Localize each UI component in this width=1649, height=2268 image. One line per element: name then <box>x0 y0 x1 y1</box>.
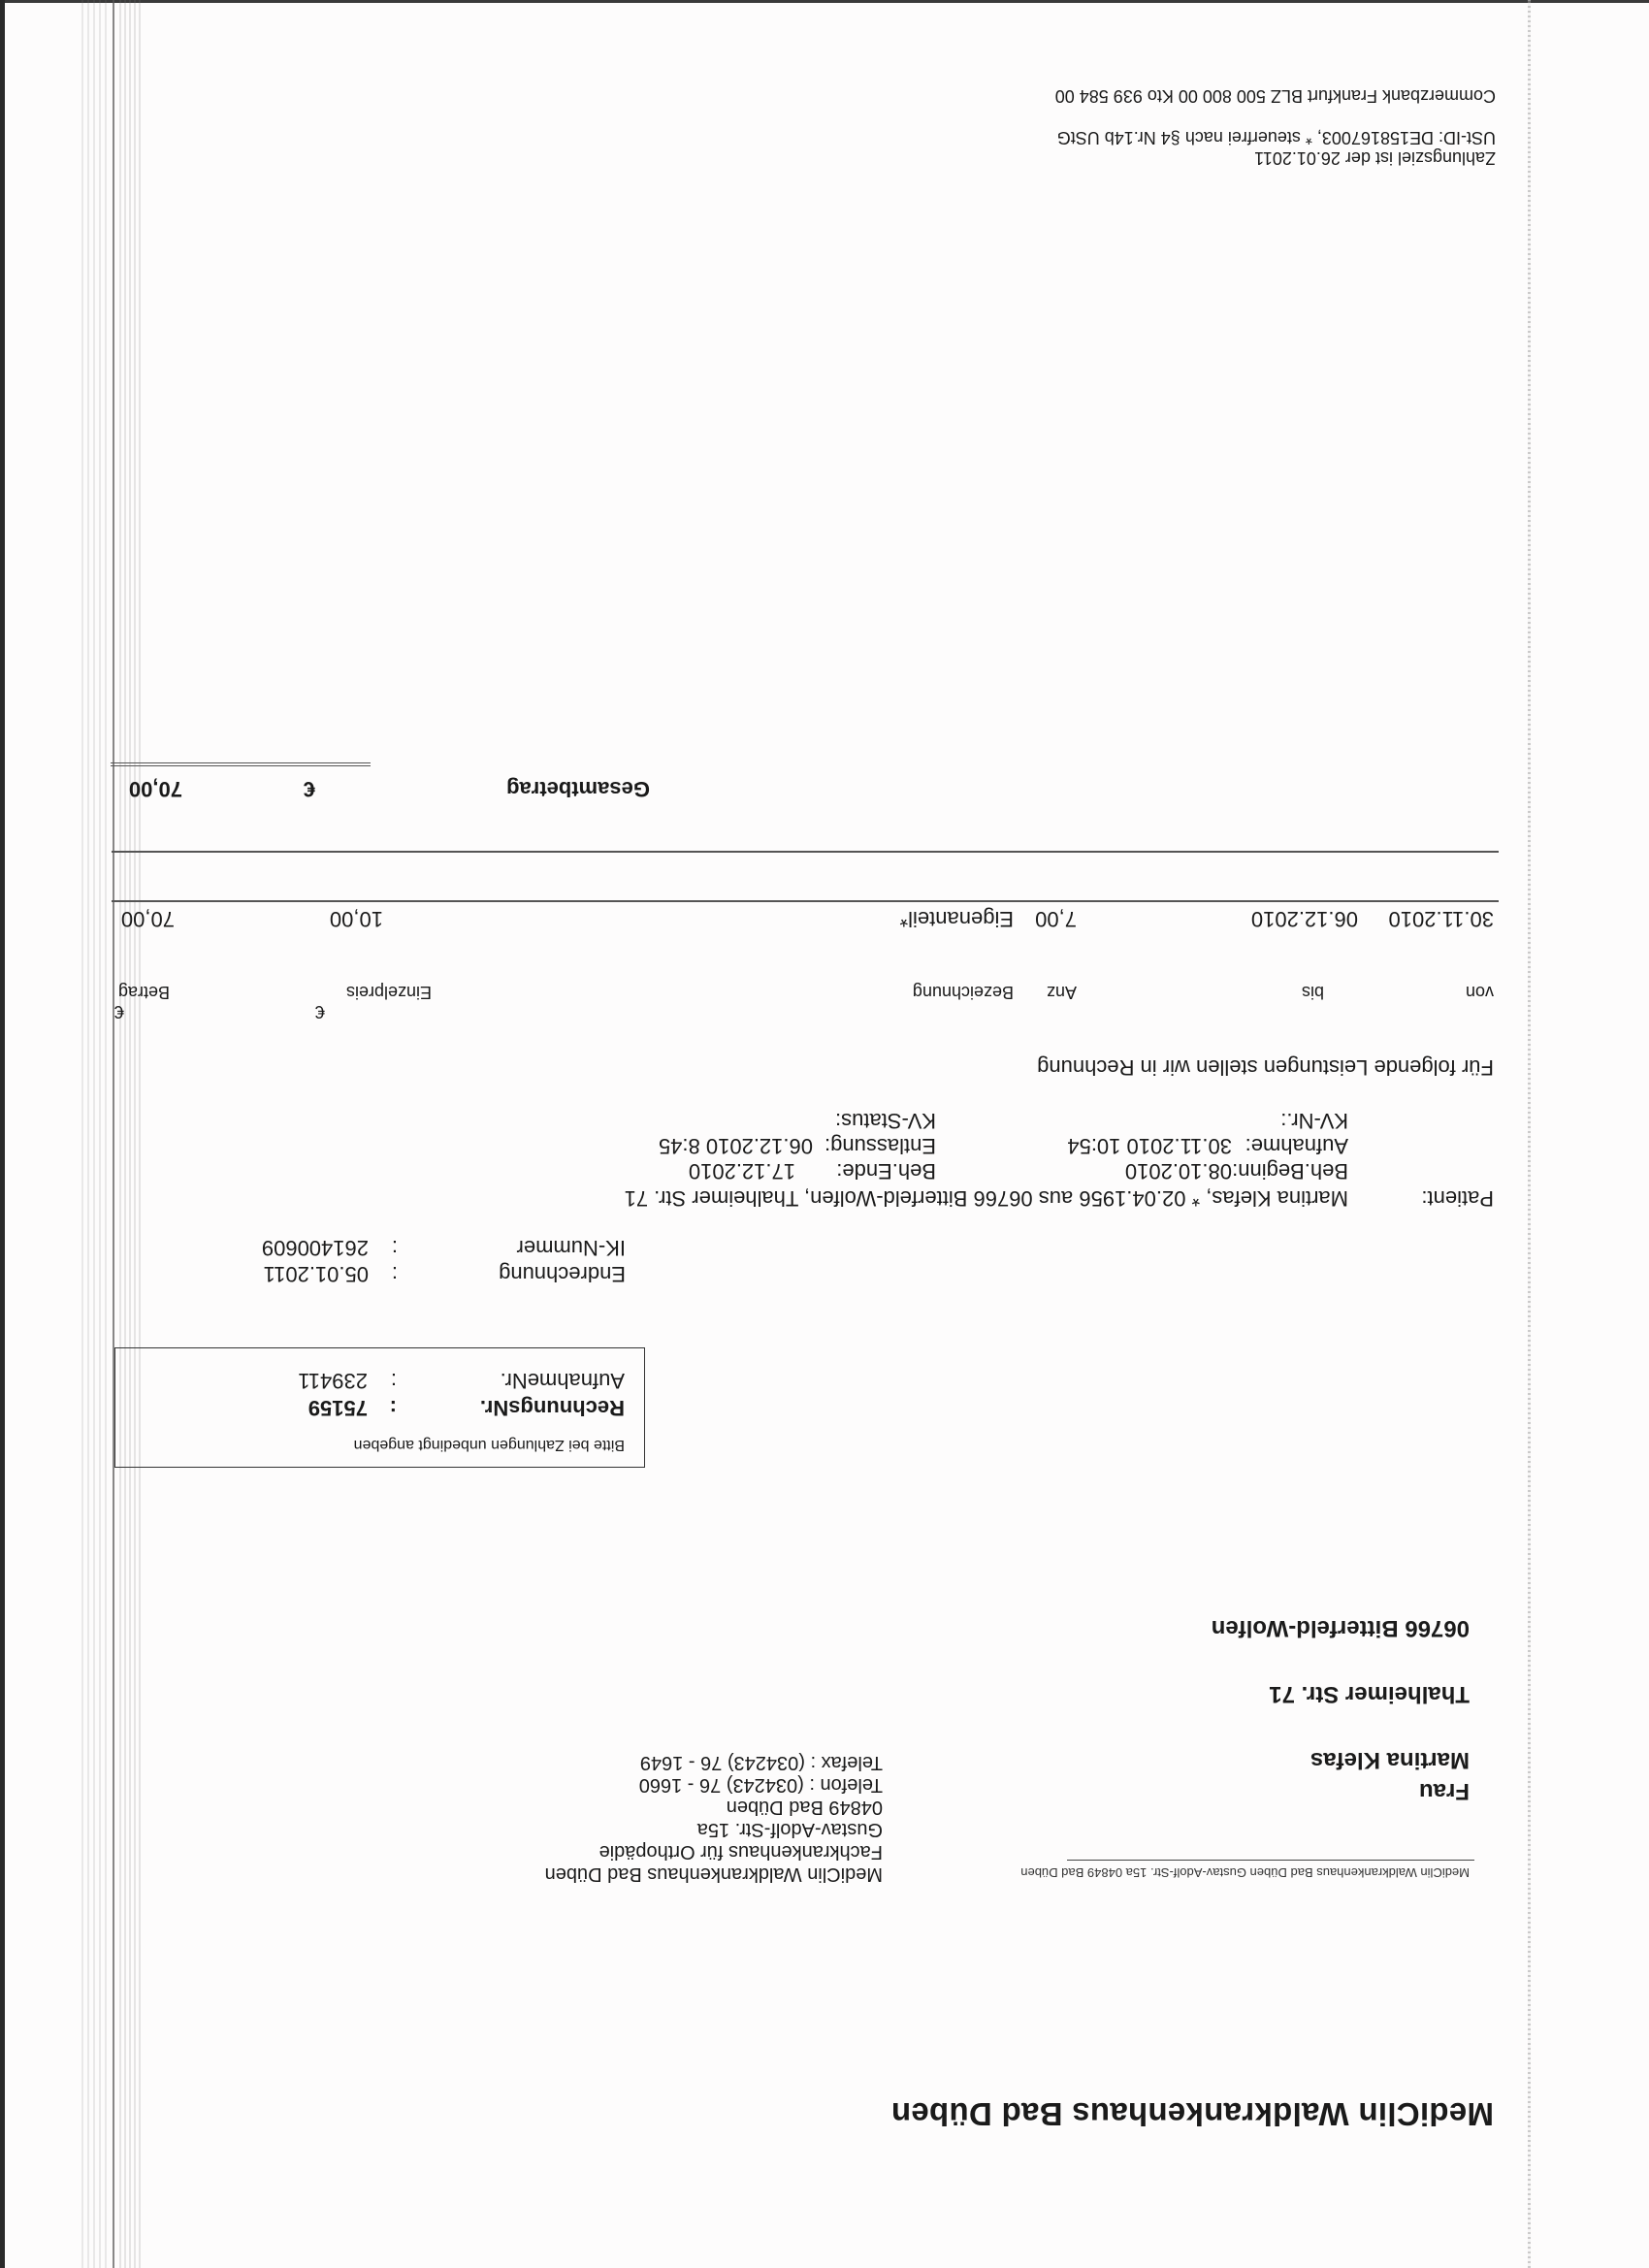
clinic-street: Gustav-Adolf-Str. 15a <box>545 1818 883 1840</box>
column-header-unit-price: Einzelpreis <box>346 982 432 1002</box>
sender-rule <box>1067 1860 1474 1861</box>
row-qty: 7,00 <box>1035 906 1077 931</box>
total-currency: € <box>304 776 315 801</box>
clinic-department: Fachkrankenhaus für Orthopädie <box>545 1840 883 1863</box>
scan-streak <box>119 0 141 2268</box>
recipient-name: Martina Klefas <box>1212 1738 1470 1781</box>
treatment-start-label: Beh.Beginn: <box>1232 1158 1348 1183</box>
total-label: Gesamtbetrag <box>506 776 650 801</box>
clinic-address: MediClin Waldkrankenhaus Bad Düben Fachk… <box>545 1751 883 1885</box>
clinic-phone: Telefon : (034243) 76 - 1660 <box>545 1773 883 1796</box>
scan-streak <box>1528 0 1531 2268</box>
row-from: 30.11.2010 <box>1389 906 1494 931</box>
payment-reference-box: Bitte bei Zahlungen unbedingt angeben Re… <box>114 1347 645 1468</box>
column-header-qty: Anz <box>1047 982 1077 1002</box>
recipient-street: Thalheimer Str. 71 <box>1212 1672 1470 1715</box>
admission-number-label: AufnahmeNr. <box>501 1366 625 1395</box>
discharge-value: 06.12.2010 8:45 <box>659 1133 813 1158</box>
final-invoice-separator: : <box>392 1259 398 1288</box>
treatment-end-value: 17.12.2010 <box>689 1158 795 1183</box>
scan-streak <box>78 0 107 2268</box>
recipient-city: 06766 Bitterfeld-Wolfen <box>1212 1606 1470 1649</box>
total-rule-1 <box>111 765 371 766</box>
bank-details: Commerzbank Frankfurt BLZ 500 800 00 Kto… <box>1055 85 1496 106</box>
tax-note: USt-ID: DE158167003, * steuerfrei nach §… <box>1055 127 1496 147</box>
scan-edge-right <box>0 0 5 2268</box>
ik-number-value: 261400609 <box>262 1233 369 1262</box>
patient-details: Martina Klefas, * 02.04.1956 aus 06766 B… <box>625 1185 1348 1211</box>
scan-streak <box>113 0 114 2268</box>
payment-due-date: Zahlungsziel ist der 26.01.2011 <box>1055 147 1496 168</box>
column-header-amount-currency: € <box>114 1001 124 1021</box>
payment-notice-caption: Bitte bei Zahlungen unbedingt angeben <box>354 1436 625 1453</box>
treatment-start-value: 08.10.2010 <box>1125 1158 1232 1183</box>
recipient-address: Frau Martina Klefas Thalheimer Str. 71 0… <box>1212 1606 1470 1812</box>
clinic-name: MediClin Waldkrankenhaus Bad Düben <box>545 1863 883 1885</box>
admission-value: 30.11.2010 10:54 <box>1067 1133 1232 1158</box>
row-unit-price: 10,00 <box>330 906 383 931</box>
letterhead-title: MediClin Waldkrankenhaus Bad Düben <box>891 2095 1494 2132</box>
column-header-amount: Betrag <box>118 982 170 1002</box>
clinic-city: 04849 Bad Düben <box>545 1796 883 1818</box>
row-to: 06.12.2010 <box>1251 906 1358 931</box>
ik-number-separator: : <box>392 1233 398 1262</box>
column-header-description: Bezeichnung <box>913 982 1014 1002</box>
admission-label: Aufnahme: <box>1245 1133 1348 1158</box>
admission-number-value: 239411 <box>298 1366 368 1395</box>
invoice-number-label: RechnungsNr. <box>480 1396 625 1420</box>
footer-block: Zahlungsziel ist der 26.01.2011 USt-ID: … <box>1055 85 1496 168</box>
patient-label: Patient: <box>1421 1185 1494 1211</box>
kv-number-label: KV-Nr.: <box>1280 1108 1348 1133</box>
invoice-number-row: RechnungsNr. <box>480 1393 625 1422</box>
invoice-page: MediClin Waldkrankenhaus Bad Düben MediC… <box>0 0 1649 2268</box>
kv-status-label: KV-Status: <box>835 1108 936 1133</box>
column-header-from: von <box>1466 982 1494 1002</box>
clinic-fax: Telefax : (034243) 76 - 1649 <box>545 1751 883 1773</box>
discharge-label: Entlassung: <box>824 1133 936 1158</box>
services-intro: Für folgende Leistungen stellen wir in R… <box>1037 1054 1494 1080</box>
final-invoice-label: Endrechnung <box>499 1259 626 1288</box>
column-header-to: bis <box>1302 982 1324 1002</box>
ik-number-label: IK-Nummer <box>517 1233 626 1262</box>
invoice-number-value: 75159 <box>308 1396 368 1420</box>
table-rule-bottom <box>112 852 1499 854</box>
sender-return-line: MediClin Waldkrankenhaus Bad Düben Gusta… <box>1020 1865 1470 1880</box>
final-invoice-date: 05.01.2011 <box>264 1259 369 1288</box>
total-amount: 70,00 <box>129 776 182 801</box>
table-rule-top <box>112 901 1499 903</box>
row-amount: 70,00 <box>121 906 175 931</box>
treatment-end-label: Beh.Ende: <box>836 1158 936 1183</box>
total-rule-2 <box>111 762 371 763</box>
admission-number-separator: : <box>391 1366 397 1395</box>
row-description: Eigenanteil* <box>900 906 1014 931</box>
column-header-unit-price-currency: € <box>315 1001 325 1021</box>
invoice-number-separator: : <box>390 1396 397 1420</box>
scan-edge-bottom <box>0 0 1649 3</box>
